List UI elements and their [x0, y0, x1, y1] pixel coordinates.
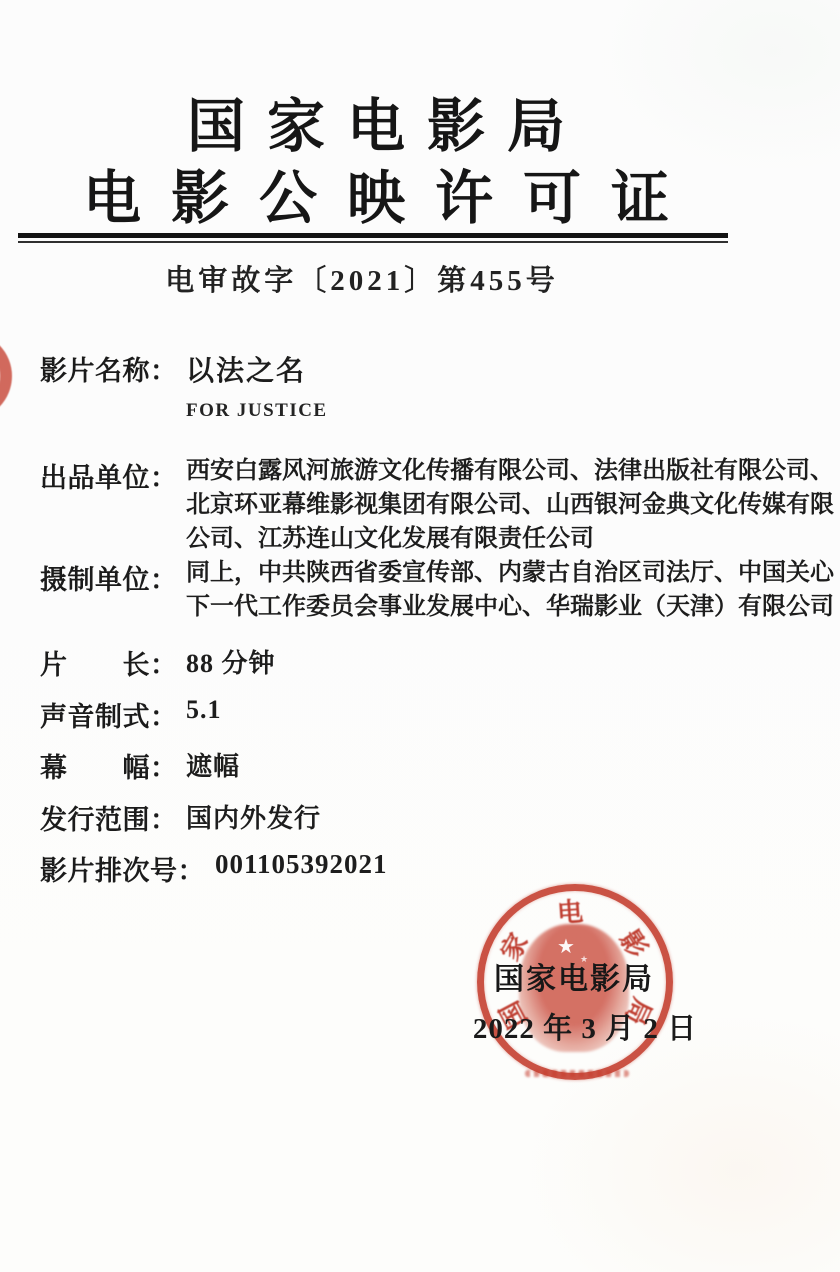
length-value: 88 分钟: [186, 643, 276, 680]
distribution-value: 国内外发行: [186, 798, 321, 835]
film-title-english: FOR JUSTICE: [186, 400, 328, 422]
sound-value: 5.1: [186, 695, 222, 725]
film-title-label: 影片名称：: [40, 356, 178, 386]
production-row: 摄制单位： 同上，中共陕西省委宣传部、内蒙古自治区司法厅、中国关心 下一代工作委…: [40, 558, 820, 597]
production-line: 下一代工作委员会事业发展中心、华瑞影业（天津）有限公司: [186, 590, 826, 624]
film-title-row: 影片名称： 以法之名: [40, 349, 820, 388]
producer-row: 出品单位： 西安白露风河旅游文化传播有限公司、法律出版社有限公司、 北京环亚幕维…: [40, 456, 820, 495]
producer-line: 公司、江苏连山文化发展有限责任公司: [186, 522, 826, 556]
header-divider: [18, 233, 728, 243]
production-label: 摄制单位：: [40, 565, 178, 595]
aspect-value: 遮幅: [186, 746, 240, 783]
document-title: 电影公映许可证: [0, 170, 752, 228]
seal-arc-char: 电: [555, 897, 585, 927]
producer-value: 西安白露风河旅游文化传播有限公司、法律出版社有限公司、 北京环亚幕维影视集团有限…: [186, 454, 826, 556]
producer-label: 出品单位：: [40, 463, 178, 493]
sound-row: 声音制式： 5.1: [40, 695, 820, 734]
length-label: 片 长：: [40, 650, 178, 680]
serial-value: 001105392021: [215, 849, 388, 880]
distribution-row: 发行范围： 国内外发行: [40, 798, 820, 837]
serial-label: 影片排次号：: [40, 856, 205, 886]
producer-line: 西安白露风河旅游文化传播有限公司、法律出版社有限公司、: [186, 454, 826, 488]
edge-stamp-fragment: [0, 332, 12, 420]
star-icon: ★: [557, 936, 575, 956]
production-value: 同上，中共陕西省委宣传部、内蒙古自治区司法厅、中国关心 下一代工作委员会事业发展…: [186, 556, 826, 624]
production-line: 同上，中共陕西省委宣传部、内蒙古自治区司法厅、中国关心: [186, 556, 826, 590]
film-title-value: 以法之名: [186, 349, 306, 389]
distribution-label: 发行范围：: [40, 805, 178, 835]
producer-line: 北京环亚幕维影视集团有限公司、山西银河金典文化传媒有限: [186, 488, 826, 522]
aspect-label: 幕 幅：: [40, 753, 178, 783]
agency-title: 国家电影局: [0, 98, 752, 156]
seal-date: 2022 年 3 月 2 日: [468, 1006, 702, 1047]
seal-serial-marks: [525, 1070, 629, 1077]
aspect-row: 幕 幅： 遮幅: [40, 746, 820, 785]
serial-row: 影片排次号： 001105392021: [40, 849, 820, 888]
sound-label: 声音制式：: [40, 702, 178, 732]
seal-org-text: 国家电影局: [478, 954, 670, 998]
length-row: 片 长： 88 分钟: [40, 643, 820, 682]
permit-number: 电审故字〔2021〕第455号: [0, 258, 724, 299]
film-permit-document: 国家电影局 电影公映许可证 电审故字〔2021〕第455号 影片名称： 以法之名…: [0, 0, 840, 1272]
